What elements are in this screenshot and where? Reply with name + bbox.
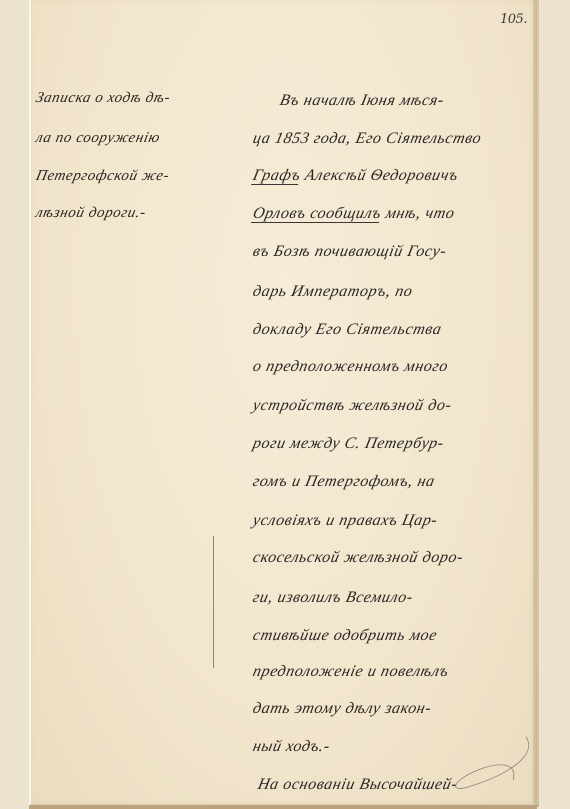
body-line: дать этому дѣлу закон- <box>251 700 433 718</box>
margin-note-line: Записка о ходѣ дѣ- <box>34 90 172 107</box>
flourish-ornament <box>448 735 538 795</box>
page-right-edge <box>533 0 537 807</box>
body-line: дарь Императоръ, по <box>251 283 414 301</box>
body-line: въ Бозѣ почивающій Госу- <box>251 243 448 261</box>
body-line: устройствѣ желѣзной до- <box>251 397 453 415</box>
page-bottom-edge <box>29 805 537 809</box>
body-line: докладу Его Сіятельства <box>251 321 443 339</box>
margin-note-line: лѣзной дороги.- <box>34 205 147 222</box>
underlined-name: Графъ <box>251 167 302 185</box>
body-line: ный ходъ.- <box>251 738 332 756</box>
body-line: Въ началѣ Іюня мѣся- <box>278 92 446 110</box>
body-line: роги между С. Петербур- <box>251 435 445 453</box>
body-line: На основаніи Высочайшей- <box>256 776 459 794</box>
body-line: условіяхъ и правахъ Цар- <box>251 512 439 530</box>
body-line: о предположенномъ много <box>251 358 450 376</box>
body-line-rest: мнѣ, что <box>384 205 456 222</box>
body-line: гомъ и Петергофомъ, на <box>251 473 437 491</box>
margin-note-line: ла по сооруженію <box>34 130 161 147</box>
body-line: Графъ Алексѣй Ѳедоровичъ <box>251 167 460 185</box>
body-line-rest: Алексѣй Ѳедоровичъ <box>303 167 460 184</box>
body-line: Орловъ сообщилъ мнѣ, что <box>251 205 456 223</box>
body-line: скосельской желѣзной доро- <box>251 549 465 567</box>
body-line: ги, изволилъ Всемило- <box>251 589 415 607</box>
body-line: предположеніе и повелѣлъ <box>251 663 450 681</box>
margin-note-line: Петергофской же- <box>34 168 171 185</box>
page-number: 105. <box>500 12 527 27</box>
underlined-name: Орловъ сообщилъ <box>251 205 383 223</box>
margin-vertical-rule <box>213 536 214 668</box>
body-line: стивѣйше одобрить мое <box>251 627 439 645</box>
body-line: ца 1853 года, Его Сіятельство <box>251 130 483 148</box>
